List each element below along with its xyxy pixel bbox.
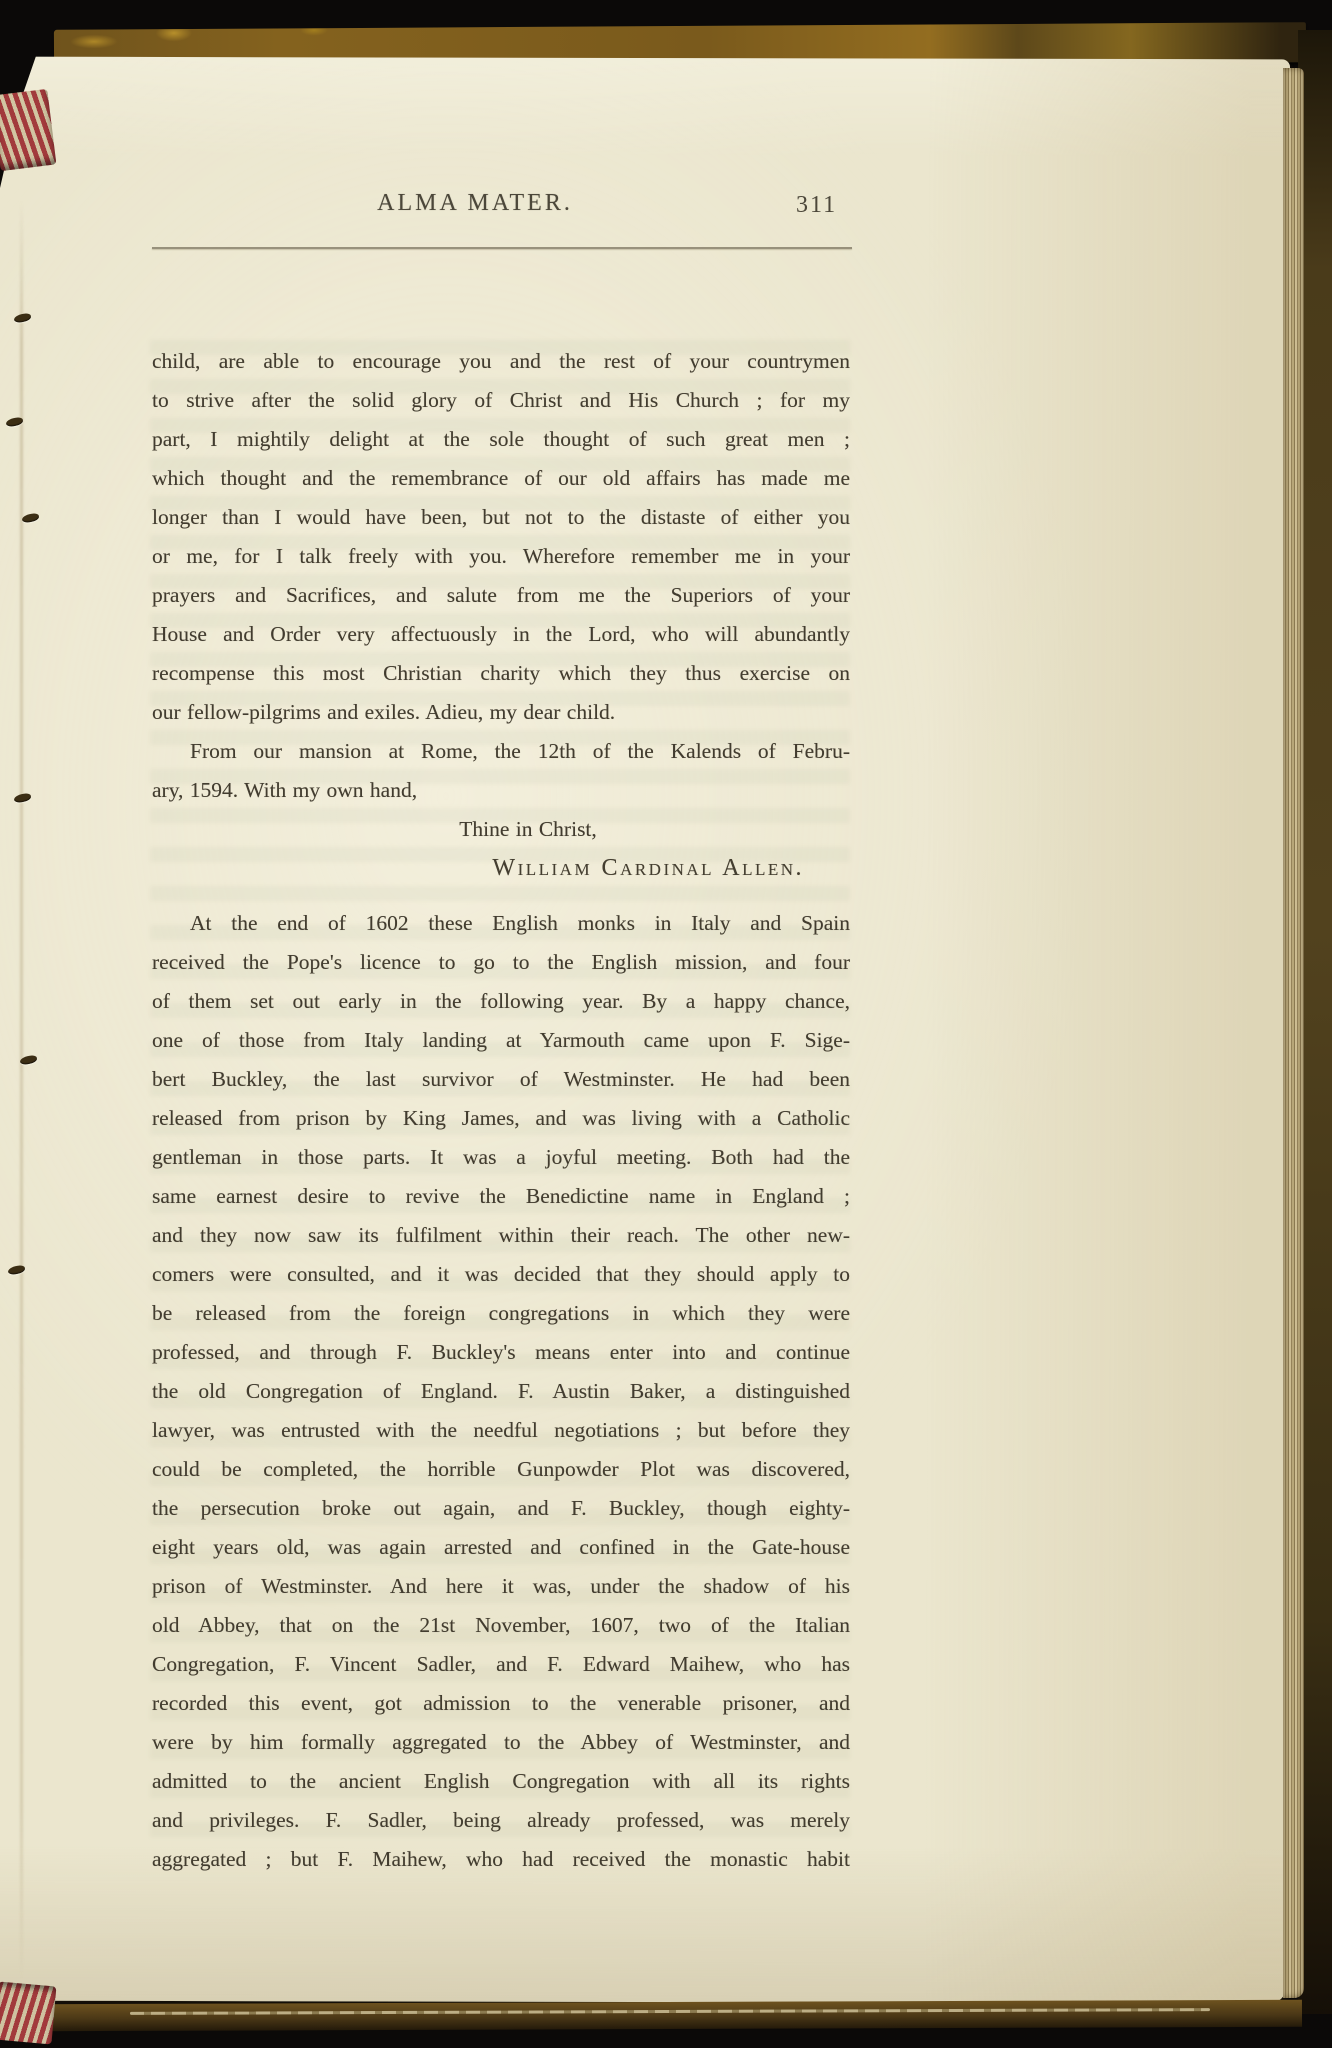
text-line: admitted to the ancient English Congrega… [152,1762,850,1801]
text-line: recorded this event, got admission to th… [152,1684,850,1723]
text-line: child, are able to encourage you and the… [152,342,850,381]
text-line: were by him formally aggregated to the A… [152,1723,850,1762]
text-line: bert Buckley, the last survivor of Westm… [152,1060,850,1099]
text-line: eight years old, was again arrested and … [152,1528,850,1567]
text-line: be released from the foreign congregatio… [152,1294,850,1333]
page-body: child, are able to encourage you and the… [152,342,850,1879]
text-line: received the Pope's licence to go to the… [152,943,850,982]
text-line: old Abbey, that on the 21st November, 16… [152,1606,850,1645]
text-line: and they now saw its fulfilment within t… [152,1216,850,1255]
gutter-crease [20,200,23,1980]
text-line: one of those from Italy landing at Yarmo… [152,1021,850,1060]
text-line: same earnest desire to revive the Benedi… [152,1177,850,1216]
valediction: Thine in Christ, [152,810,850,849]
text-line: prison of Westminster. And here it was, … [152,1567,850,1606]
text-line: lawyer, was entrusted with the needful n… [152,1411,850,1450]
text-line: Congregation, F. Vincent Sadler, and F. … [152,1645,850,1684]
text-line: aggregated ; but F. Maihew, who had rece… [152,1840,850,1879]
signature: William Cardinal Allen. [152,849,850,891]
endband-top [0,89,56,171]
text-line: professed, and through F. Buckley's mean… [152,1333,850,1372]
text-line: longer than I would have been, but not t… [152,498,850,537]
letter-paragraph: child, are able to encourage you and the… [152,342,850,732]
text-line: our fellow-pilgrims and exiles. Adieu, m… [152,693,850,732]
text-line: recompense this most Christian charity w… [152,654,850,693]
text-line: ary, 1594. With my own hand, [152,771,850,810]
text-line: of them set out early in the following y… [152,982,850,1021]
text-line: and privileges. F. Sadler, being already… [152,1801,850,1840]
text-line: which thought and the remembrance of our… [152,459,850,498]
text-line: the persecution broke out again, and F. … [152,1489,850,1528]
text-line: could be completed, the horrible Gunpowd… [152,1450,850,1489]
letter-closing: From our mansion at Rome, the 12th of th… [152,732,850,810]
text-line: comers were consulted, and it was decide… [152,1255,850,1294]
running-head-title: ALMA MATER. [150,190,800,217]
text-line: prayers and Sacrifices, and salute from … [152,576,850,615]
text-line: the old Congregation of England. F. Aust… [152,1372,850,1411]
narrative-paragraph: At the end of 1602 these English monks i… [152,904,850,1879]
text-line: released from prison by King James, and … [152,1099,850,1138]
text-line: gentleman in those parts. It was a joyfu… [152,1138,850,1177]
text-line: to strive after the solid glory of Chris… [152,381,850,420]
text-line: At the end of 1602 these English monks i… [152,904,850,943]
book-bottom-edge [40,2000,1302,2031]
page-block-fore-edge [1283,68,1304,1998]
text-line: House and Order very affectuously in the… [152,615,850,654]
page-number: 311 [796,192,837,219]
text-line: or me, for I talk freely with you. Where… [152,537,850,576]
endband-bottom [0,1982,56,2045]
text-line: From our mansion at Rome, the 12th of th… [152,732,850,771]
text-line: part, I mightily delight at the sole tho… [152,420,850,459]
header-rule [152,247,852,249]
